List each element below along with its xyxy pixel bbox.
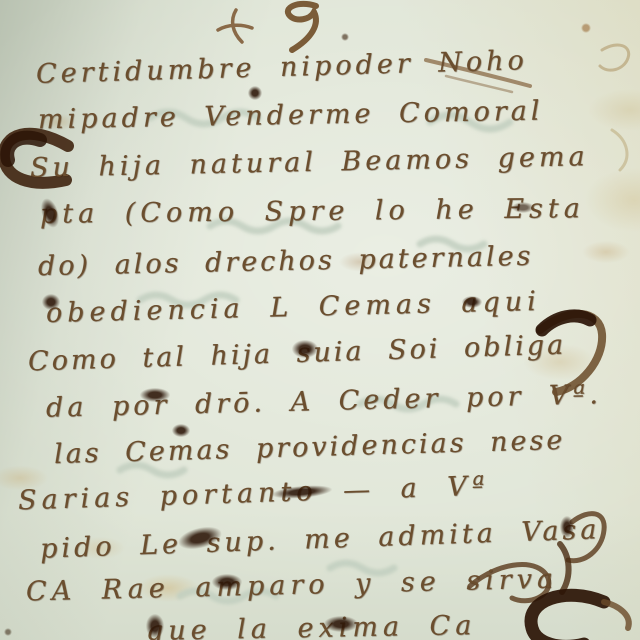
manuscript-line: que la exima Ca	[146, 610, 477, 640]
manuscript-line: mipadre Venderme Comoral	[38, 96, 544, 136]
manuscript-page: Certidumbre nipoder Noho mipadre Venderm…	[0, 0, 640, 640]
diagonal-pen-stroke	[446, 76, 512, 92]
manuscript-line: las Cemas providencias nese	[54, 425, 566, 470]
cross-mark-flourish	[218, 25, 252, 30]
manuscript-line: do) alos drechos paternales	[38, 241, 534, 282]
top-swash-flourish	[288, 4, 316, 50]
manuscript-line: da por drō. A Ceder por Vª.	[46, 379, 603, 424]
right-edge-curl	[600, 45, 629, 70]
manuscript-line: Certidumbre nipoder Noho	[36, 45, 529, 90]
manuscript-line: pta (Como Spre lo he Esta	[40, 193, 585, 230]
manuscript-line: Como tal hija suia Soi obliga	[28, 330, 567, 378]
line-end-flourish	[560, 544, 569, 592]
manuscript-line: CA Rae amparo y se sirva	[26, 564, 559, 608]
right-margin-flourish-dark	[542, 316, 590, 330]
manuscript-line: Sarias portanto — a Vª	[18, 471, 490, 517]
manuscript-line: Su hija natural Beamos gema	[30, 141, 589, 184]
manuscript-line: obediencia L Cemas aqui	[46, 286, 542, 329]
bottom-right-flourish	[531, 595, 604, 640]
right-edge-curl	[612, 130, 627, 170]
cross-mark-flourish	[233, 10, 242, 42]
manuscript-line: pido Le sup. me admita Vasa	[40, 514, 601, 565]
bottom-right-flourish-tail	[604, 602, 629, 628]
ink-blob	[248, 86, 262, 100]
